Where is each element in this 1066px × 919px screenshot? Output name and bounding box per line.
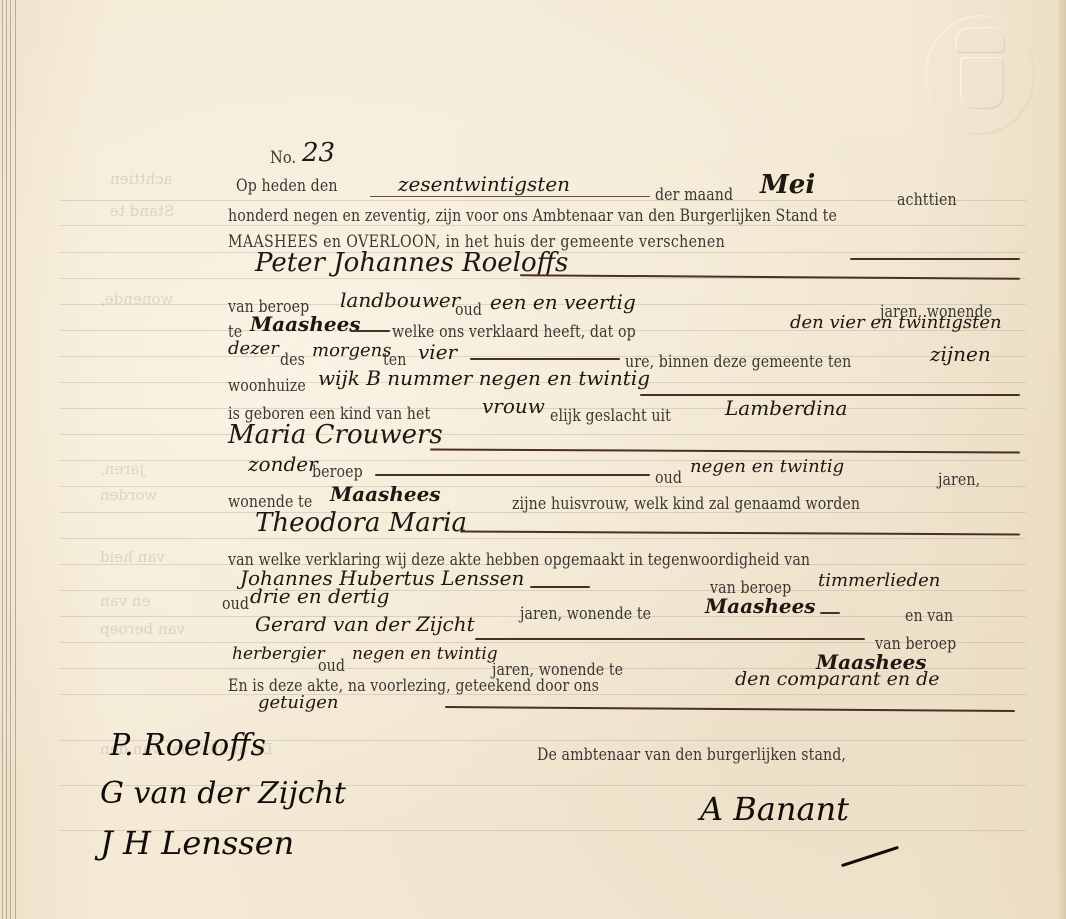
fill-line (850, 258, 1020, 260)
show-through-text: Stand te (110, 202, 174, 220)
ruled-line (60, 200, 1026, 201)
ruled-line (60, 460, 1026, 461)
show-through-text: van beroep (100, 620, 185, 638)
signature-declarant: P. Roeloffs (110, 728, 266, 763)
printed-text: beroep (312, 462, 363, 481)
hand-mother-profession: zonder (248, 452, 318, 476)
fill-line (820, 612, 840, 614)
show-through-text: jaren, (100, 460, 144, 478)
hand-sex: vrouw (482, 394, 545, 418)
number-label: No. (270, 148, 296, 168)
hand-mother-residence: Maashees (330, 482, 441, 506)
hand-residence: Maashees (250, 312, 361, 336)
printed-text: oud (655, 468, 682, 487)
printed-text: en van (905, 606, 953, 625)
show-through-text: achttien (110, 170, 172, 188)
show-through-text: van heid (100, 548, 165, 566)
official-label: De ambtenaar van den burgerlijken stand, (537, 745, 846, 764)
printed-text: oud (222, 594, 249, 613)
printed-text: honderd negen en zeventig, zijn voor ons… (228, 206, 837, 225)
printed-text: der maand (655, 185, 733, 204)
certificate-number: 23 (302, 138, 335, 168)
hand-witness2-age: negen en twintig (352, 644, 498, 664)
signature-flourish (841, 846, 899, 867)
printed-text: ure, binnen deze gemeente ten (625, 352, 851, 371)
fill-line (475, 638, 865, 640)
hand-signers: den comparant en de (735, 668, 940, 690)
hand-witness1-age: drie en dertig (250, 584, 389, 608)
printed-text: oud (455, 300, 482, 319)
hand-mother-age: negen en twintig (690, 456, 844, 477)
printed-text: zijne huisvrouw, welk kind zal genaamd w… (512, 494, 860, 513)
binding-edge-line (6, 0, 7, 919)
ruled-line (60, 538, 1026, 539)
crown-emboss (955, 27, 1005, 53)
hand-profession: landbouwer (340, 288, 460, 312)
hand-signers-cont: getuigen (258, 692, 339, 713)
show-through-text: en van (100, 592, 150, 610)
hand-birth-hour: vier (418, 340, 457, 364)
hand-mother-first: Lamberdina (725, 396, 847, 420)
ruled-line (60, 486, 1026, 487)
page-right-edge (1058, 0, 1066, 919)
printed-text: welke ons verklaard heeft, dat op (392, 322, 636, 341)
binding-edge-line (2, 0, 3, 919)
ruled-line (60, 225, 1026, 226)
embossed-seal-icon (925, 15, 1035, 135)
hand-witness1-profession: timmerlieden (818, 570, 940, 591)
fill-line (445, 706, 1015, 712)
hand-house-address: wijk B nummer negen en twintig (318, 366, 650, 390)
hand-text: zijnen (930, 342, 991, 366)
fill-line (460, 531, 1020, 536)
fill-line (430, 448, 1020, 453)
fill-line (370, 196, 650, 197)
printed-text: woonhuize (228, 376, 306, 395)
ruled-line (60, 356, 1026, 357)
fill-line (350, 330, 390, 332)
printed-text: elijk geslacht uit (550, 406, 671, 425)
signature-witness2: G van der Zijcht (100, 776, 346, 811)
printed-text: achttien (897, 190, 957, 209)
signature-official: A Banant (700, 790, 849, 828)
hand-day: zesentwintigsten (398, 172, 570, 196)
printed-text: jaren, wonende te (520, 604, 651, 623)
hand-witness2-name: Gerard van der Zijcht (255, 612, 475, 636)
hand-child-name: Theodora Maria (255, 508, 467, 538)
printed-text: jaren, (938, 470, 980, 489)
ruled-line (60, 434, 1026, 435)
fill-line (530, 586, 590, 588)
hand-witness2-profession: herbergier (232, 644, 325, 664)
printed-text: des (280, 350, 305, 369)
binding-edge-line (10, 0, 11, 919)
hand-text: morgens (312, 340, 392, 361)
printed-text: oud (318, 656, 345, 675)
signature-witness1: J H Lenssen (100, 824, 294, 862)
fill-line (375, 474, 650, 476)
hand-text: dezer (228, 338, 279, 359)
hand-age: een en veertig (490, 290, 636, 314)
document-page: achttien Stand te wonende, jaren, worden… (0, 0, 1066, 919)
hand-witness1-residence: Maashees (705, 594, 816, 618)
show-through-text: worden (100, 486, 157, 504)
show-through-text: wonende, (100, 290, 173, 308)
binding-edge-line (15, 0, 16, 919)
shield-emboss (960, 57, 1004, 109)
hand-month: Mei (760, 170, 815, 200)
hand-mother-last: Maria Crouwers (228, 420, 443, 450)
hand-birth-date: den vier en twintigsten (790, 312, 1002, 333)
printed-text: Op heden den (236, 176, 338, 195)
fill-line (470, 358, 620, 360)
